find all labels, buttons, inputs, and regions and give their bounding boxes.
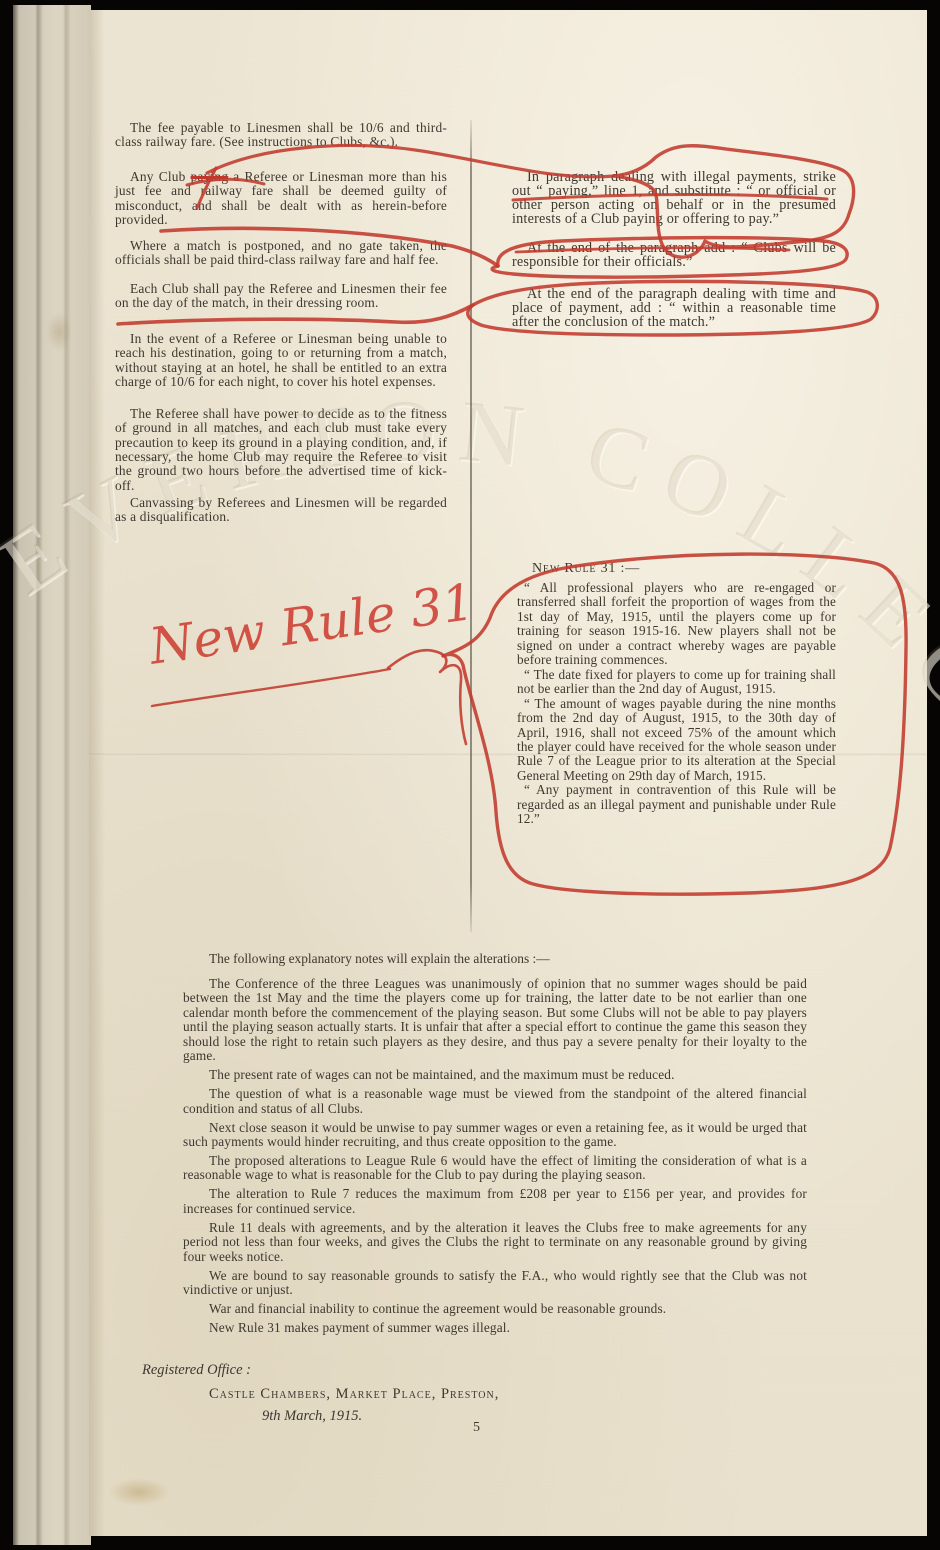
paragraph-text: Each Club shall pay the Referee and Line… — [115, 281, 447, 310]
note-paragraph-war-inability: War and financial inability to continue … — [183, 1302, 807, 1316]
new-rule-paragraph-training-date: “ The date fixed for players to come up … — [517, 668, 836, 697]
note-paragraph-reasonable-wage: The question of what is a reasonable wag… — [183, 1087, 807, 1116]
paragraph-text: At the end of the paragraph add : “ Club… — [512, 240, 836, 270]
office-address: Castle Chambers, Market Place, Preston, — [209, 1386, 499, 1403]
document-date: 9th March, 1915. — [262, 1408, 362, 1425]
new-rule-paragraph-contravention: “ Any payment in contravention of this R… — [517, 783, 836, 826]
document-photo: THE EVERTON COLLECTION THE EVERTON COLLE… — [0, 0, 940, 1550]
note-paragraph-wage-rate: The present rate of wages can not be mai… — [183, 1068, 807, 1082]
paragraph-text: In the event of a Referee or Linesman be… — [115, 331, 447, 389]
notes-intro: The following explanatory notes will exp… — [183, 952, 807, 967]
right-paragraph-time-of-payment: At the end of the paragraph dealing with… — [512, 287, 836, 329]
new-rule-31-body: “ All professional players who are re-en… — [517, 581, 836, 827]
left-paragraph-linesmen-fee: The fee payable to Linesmen shall be 10/… — [115, 121, 447, 150]
paragraph-text: The fee payable to Linesmen shall be 10/… — [115, 120, 447, 149]
right-paragraph-clubs-responsible: At the end of the paragraph add : “ Club… — [512, 241, 836, 269]
paragraph-text: The Referee shall have power to decide a… — [115, 406, 447, 493]
left-paragraph-postponed-match: Where a match is postponed, and no gate … — [115, 239, 447, 268]
paragraph-text: At the end of the paragraph dealing with… — [512, 286, 836, 330]
left-paragraph-hotel-expenses: In the event of a Referee or Linesman be… — [115, 332, 447, 389]
paragraph-text: The following explanatory notes will exp… — [209, 951, 550, 966]
paper-stain — [46, 312, 72, 352]
note-paragraph-summer-wages-illegal: New Rule 31 makes payment of summer wage… — [183, 1321, 807, 1335]
left-paragraph-canvassing: Canvassing by Referees and Linesmen will… — [115, 496, 447, 525]
new-rule-31-heading: New Rule 31 :— — [532, 561, 640, 577]
note-paragraph-next-season: Next close season it would be unwise to … — [183, 1121, 807, 1150]
note-paragraph-rule-6: The proposed alterations to League Rule … — [183, 1154, 807, 1183]
paper-stain — [108, 1478, 170, 1506]
new-rule-paragraph-forfeit-wages: “ All professional players who are re-en… — [517, 581, 836, 668]
note-paragraph-fa-grounds: We are bound to say reasonable grounds t… — [183, 1269, 807, 1298]
column-divider-rule — [470, 120, 472, 932]
right-paragraph-illegal-payments: In paragraph dealing with illegal paymen… — [512, 170, 836, 226]
left-paragraph-pay-on-day: Each Club shall pay the Referee and Line… — [115, 282, 447, 311]
struck-word-paying: paying — [191, 169, 229, 184]
paragraph-text: Any Club — [130, 169, 191, 184]
note-paragraph-rule-7: The alteration to Rule 7 reduces the max… — [183, 1187, 807, 1216]
book-page-edge — [13, 5, 91, 1545]
paragraph-text: Canvassing by Referees and Linesmen will… — [115, 495, 447, 524]
paragraph-text: Where a match is postponed, and no gate … — [115, 238, 447, 267]
left-paragraph-ground-fitness: The Referee shall have power to decide a… — [115, 407, 447, 493]
note-paragraph-conference: The Conference of the three Leagues was … — [183, 977, 807, 1064]
explanatory-notes: The Conference of the three Leagues was … — [183, 977, 807, 1340]
paragraph-text: In paragraph dealing with illegal paymen… — [512, 169, 836, 227]
registered-office-label: Registered Office : — [142, 1362, 251, 1379]
new-rule-paragraph-75-percent: “ The amount of wages payable during the… — [517, 697, 836, 784]
note-paragraph-rule-11: Rule 11 deals with agreements, and by th… — [183, 1221, 807, 1264]
left-paragraph-club-paying: Any Club paying a Referee or Linesman mo… — [115, 170, 447, 227]
page-number: 5 — [473, 1420, 480, 1436]
